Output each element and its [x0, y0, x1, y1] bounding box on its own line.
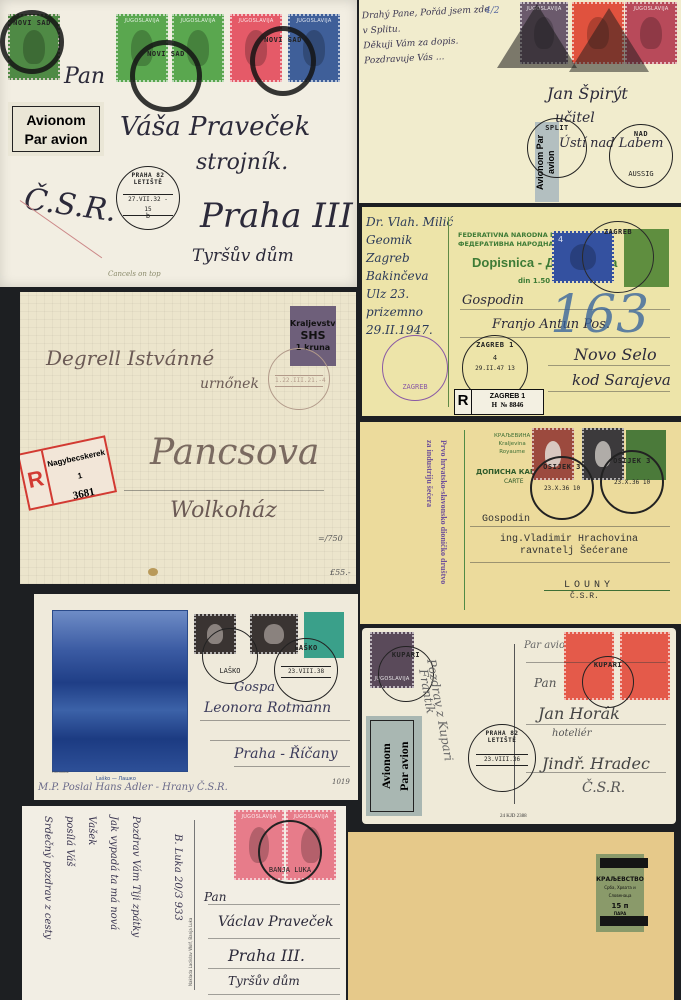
postmark-origin: SPLIT [527, 118, 587, 178]
pencil-note: 1019 [332, 778, 350, 786]
address-rule [208, 968, 340, 969]
pencil-note: =/750 [318, 534, 343, 543]
postmark-lasko: LAŠKO [202, 628, 258, 684]
address-line: Praha III. [228, 946, 305, 965]
lasko-picture-card: Laško — Лашко Foto Kotnik LAŠKO 23.VIII.… [34, 594, 358, 800]
pencil-note: 4/2 [485, 6, 499, 16]
stain [148, 568, 158, 576]
address-line: Praha - Říčany [234, 746, 338, 762]
address-rule [200, 720, 350, 721]
address-line: strojník. [196, 150, 288, 175]
address-rule [234, 766, 350, 767]
postmark-origin: NOVI SAD [0, 10, 64, 74]
address-rule [544, 590, 670, 591]
airmail-cover-1932: JUGOSLAVIJA JUGOSLAVIJA JUGOSLAVIJA JUGO… [0, 0, 357, 287]
address-line: Gospa [234, 680, 275, 695]
sugar-society-card: Prvo hrvatsko-slavonsko dioničko društvo… [360, 422, 681, 624]
address-line: Wolkoház [170, 498, 277, 523]
postmark-origin: NOVI SAD [130, 40, 202, 112]
address-line: ing.Vladimir Hrachovina [500, 534, 638, 545]
triangle-postmark [569, 8, 649, 72]
address-line: Gospodin [462, 293, 524, 308]
registration-label: R ZAGREB 1 H № 8846 [454, 389, 544, 415]
picture-credit: Foto Kotnik [52, 770, 69, 774]
postmark-osijek: OSIJEK 3 23.X.36 10 [600, 450, 664, 514]
address-line: Gospodin [482, 514, 530, 525]
dopisnica-1947: Dr. Vlah. MilićGeomikZagrebBakinčevaUlz … [362, 207, 681, 416]
violet-cachet: ZAGREB [382, 335, 448, 401]
pencil-note: Cancels on top [108, 270, 161, 278]
address-line: ravnatelj Šećerane [520, 546, 628, 557]
address-rule [526, 772, 666, 773]
picture-view [52, 610, 188, 772]
banja-luka-postcard-1933: Pozdrav Vám Tiji zpátkyJak vypadá ta má … [22, 806, 346, 1000]
postmark-origin: NOVI SAD [250, 26, 316, 96]
sender-line: M.P. Poslal Hans Adler - Hrany Č.S.R. [38, 782, 228, 793]
airmail-postcard-ussig: Drahý Pane, Pořád jsem zde v Splitu.Děku… [359, 0, 681, 203]
imprinted-stamp: КРАЉЕВСТВО Срба, Хрвата и Словенаца 15 п… [596, 854, 644, 932]
address-line: Č.S.R. [570, 592, 599, 601]
address-line: Váša Praveček [120, 112, 310, 142]
address-line: Jan Špirýt [547, 84, 628, 103]
address-rule [208, 994, 340, 995]
postmark-aussig: NAD AUSSIG [609, 124, 673, 188]
airmail-label: AvionomPar avion [8, 102, 104, 156]
address-line: kod Sarajeva [572, 371, 671, 389]
shs-overprint-envelope: KraljevstvoSHS1 kruna 1.22.III.21.-4 Deg… [20, 292, 356, 584]
registration-label: R Nagybecskerek 1 3681 [20, 435, 117, 510]
address-line: urnőnek [200, 376, 259, 392]
address-rule [470, 562, 670, 563]
handwritten-message: Drahý Pane, Pořád jsem zde v Splitu.Děku… [363, 6, 493, 201]
pencil-note: £55.- [330, 568, 351, 577]
country-line: Č.S.R. [22, 182, 119, 230]
address-line: hoteliér [552, 728, 592, 739]
postmark-praha-letiste: PRAHA 82 LETIŠTĚ 27.VII.32 - 15 b [116, 166, 180, 230]
address-line: Pancsova [150, 432, 319, 473]
handwritten-message: Pozdrav Vám Tiji zpátkyJak vypadá ta má … [36, 816, 186, 996]
address-line: Novo Selo [574, 345, 657, 364]
address-rule [208, 938, 340, 939]
airmail-label: AvionomPar avion [366, 716, 422, 816]
address-line: Jan Horák [538, 704, 620, 723]
blue-crayon-number: 163 [550, 285, 649, 345]
address-line: Tyršův dům [228, 974, 300, 988]
obliteration-bar [600, 916, 648, 926]
address-line: Pan [534, 676, 556, 690]
address-rule [548, 391, 670, 392]
obliteration-bar [600, 858, 648, 868]
printer-mark: 24 KJD 2388 [500, 814, 527, 819]
address-line: Václav Praveček [218, 914, 333, 930]
kupari-airmail-card: JUGOSLAVIJA KUPARI AvionomPar avion Pozd… [362, 628, 676, 824]
address-line: Leonora Rotmann [204, 700, 331, 716]
overprint-text: КРАЉЕВСТВО Срба, Хрвата и Словенаца 15 п… [596, 876, 644, 918]
address-line: Č.S.R. [582, 780, 625, 796]
card-header: КРАЉЕВИНАKraljevinaRoyaume [494, 432, 530, 456]
address-line: Degrell Istvánné [46, 346, 214, 370]
overprinted-stationery-card: КРАЉЕВСТВО Срба, Хрвата и Словенаца 15 п… [348, 832, 674, 1000]
address-line: Praha III [200, 196, 353, 236]
address-rule [208, 904, 340, 905]
side-cachet: Prvo hrvatsko-slavonsko dioničko društvo… [422, 440, 450, 610]
date-line: B. Luka 20/3 933 [172, 834, 183, 921]
triangle-postmark [497, 4, 577, 68]
address-line: Jindř. Hradec [542, 754, 650, 773]
postmark-osijek: OSIJEK 3 23.X.36 10 [530, 456, 594, 520]
address-line: Pan [204, 890, 226, 904]
postmark-lasko: LAŠKO 23.VIII.38 [274, 638, 338, 702]
address-rule [526, 724, 666, 725]
postmark-becskerek: 1.22.III.21.-4 [268, 348, 330, 410]
underline [124, 490, 324, 491]
card-title-2: CARTE [504, 478, 523, 485]
address-line: Tyršův dům [192, 246, 294, 266]
publisher-imprint: Naklada Ladislav Wolf, Banja Luka [188, 826, 193, 986]
postmark-praha-letiste: PRAHA 82 LETIŠTĚ 23.VIII.36 [468, 724, 536, 792]
sender-block: Dr. Vlah. MilićGeomikZagrebBakinčevaUlz … [366, 213, 453, 339]
address-rule [210, 740, 350, 741]
divider [464, 430, 465, 610]
postmark-zagreb-top: ZAGREB [582, 221, 654, 293]
address-rule [470, 526, 670, 527]
postmark-banja-luka: BANJA LUKA [258, 820, 322, 884]
divider [448, 217, 449, 407]
divider [194, 820, 195, 990]
card-value: din 1.50 [518, 277, 550, 285]
address-rule [526, 662, 666, 663]
postmark-kupari: KUPARI [582, 656, 634, 708]
address-line: Pan [64, 64, 105, 89]
address-rule [548, 365, 670, 366]
